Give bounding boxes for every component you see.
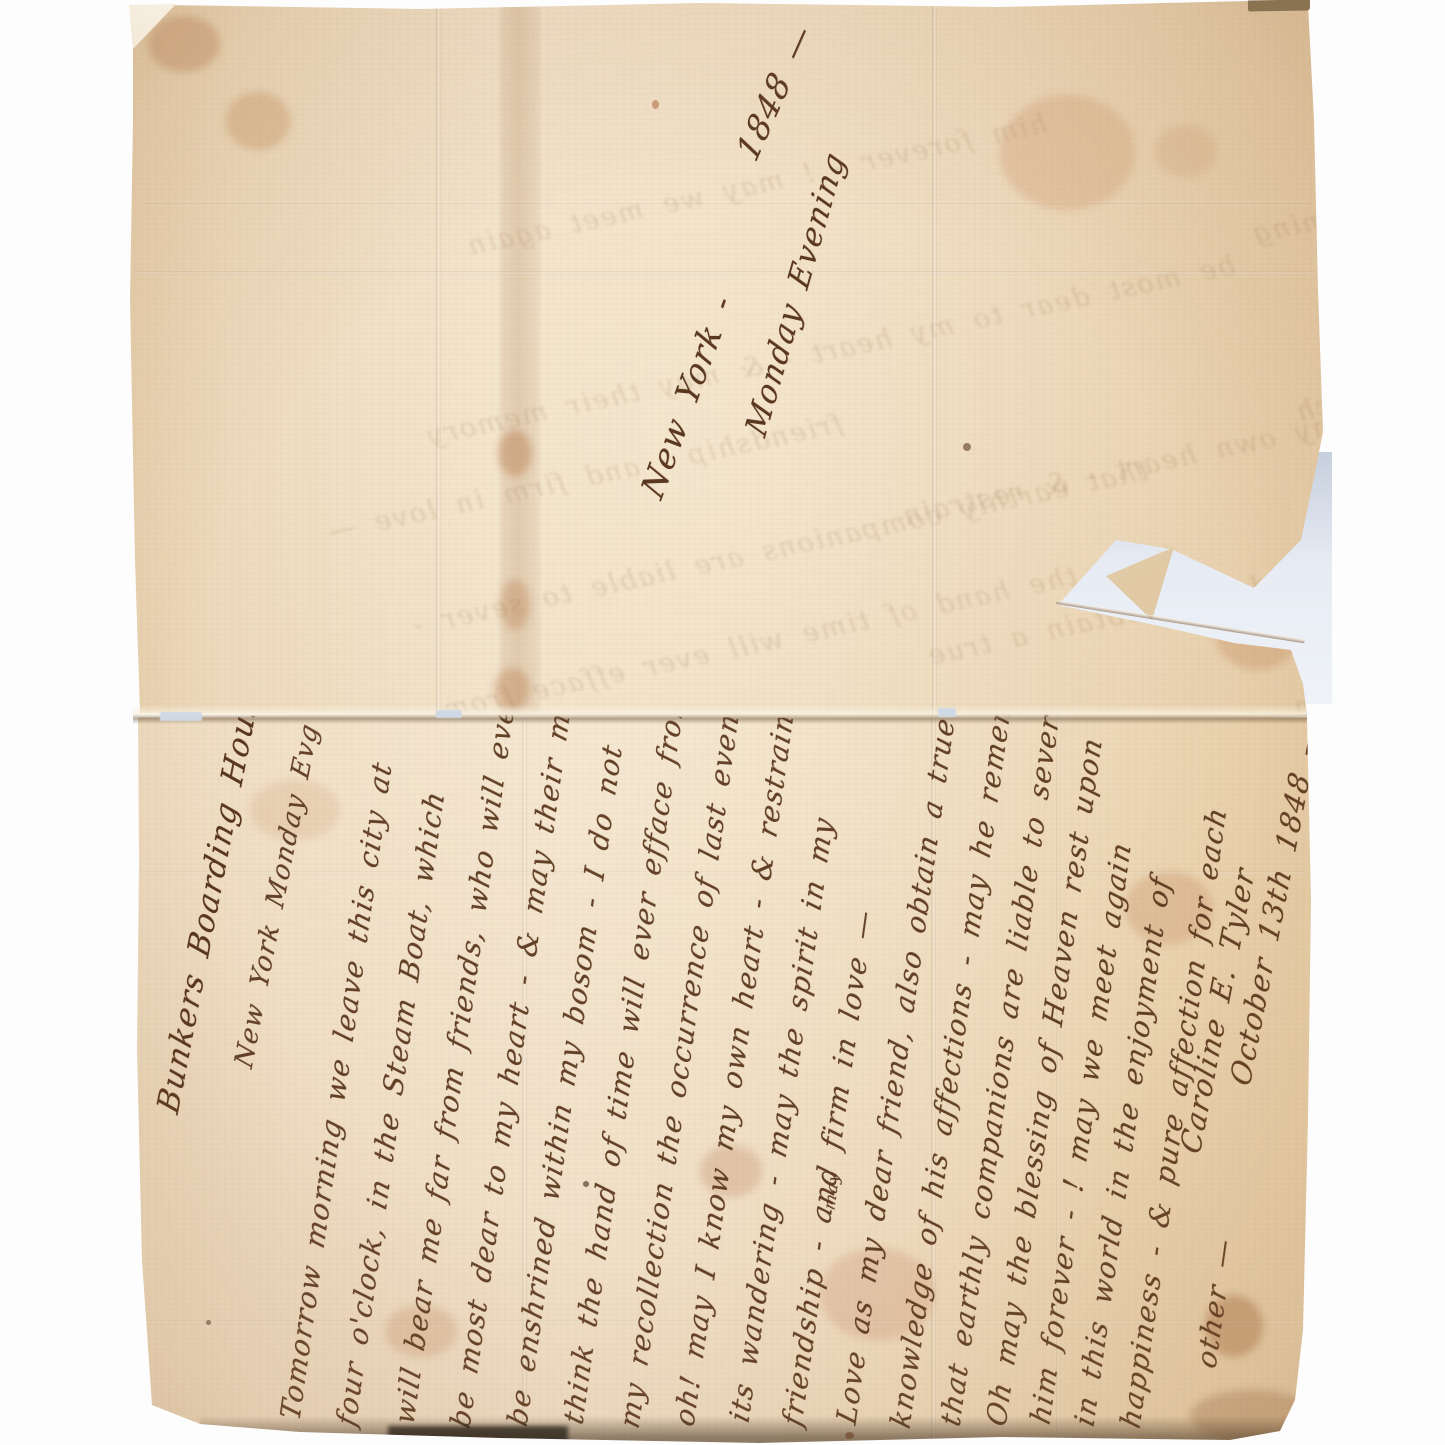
fold-crease-horizontal	[136, 271, 1316, 275]
stain	[226, 92, 290, 150]
paper-edge-shadow	[200, 1416, 1304, 1445]
seam-gap	[436, 710, 462, 718]
paper-edge-shadow	[388, 1426, 568, 1445]
seam-gap	[938, 708, 956, 717]
paper-edge-tab	[1248, 0, 1310, 12]
ink-fleck	[206, 1320, 211, 1325]
stain	[500, 580, 530, 630]
stain	[498, 430, 532, 476]
ink-fleck	[583, 1181, 589, 1187]
stain	[1000, 95, 1135, 210]
ink-fleck	[652, 100, 659, 109]
address-year-text: 1848 —	[729, 15, 820, 168]
letter-scan: be most dear to my heart - & may their m…	[0, 0, 1445, 1445]
fold-seam	[133, 705, 1307, 725]
fold-crease-vertical	[436, 4, 441, 716]
fold-crease-horizontal	[140, 203, 1310, 207]
stain	[1155, 125, 1217, 177]
stain	[148, 16, 220, 72]
fold-crease-vertical	[932, 2, 937, 716]
stain	[494, 668, 530, 710]
seam-gap	[160, 712, 202, 721]
ink-fleck	[963, 443, 971, 451]
